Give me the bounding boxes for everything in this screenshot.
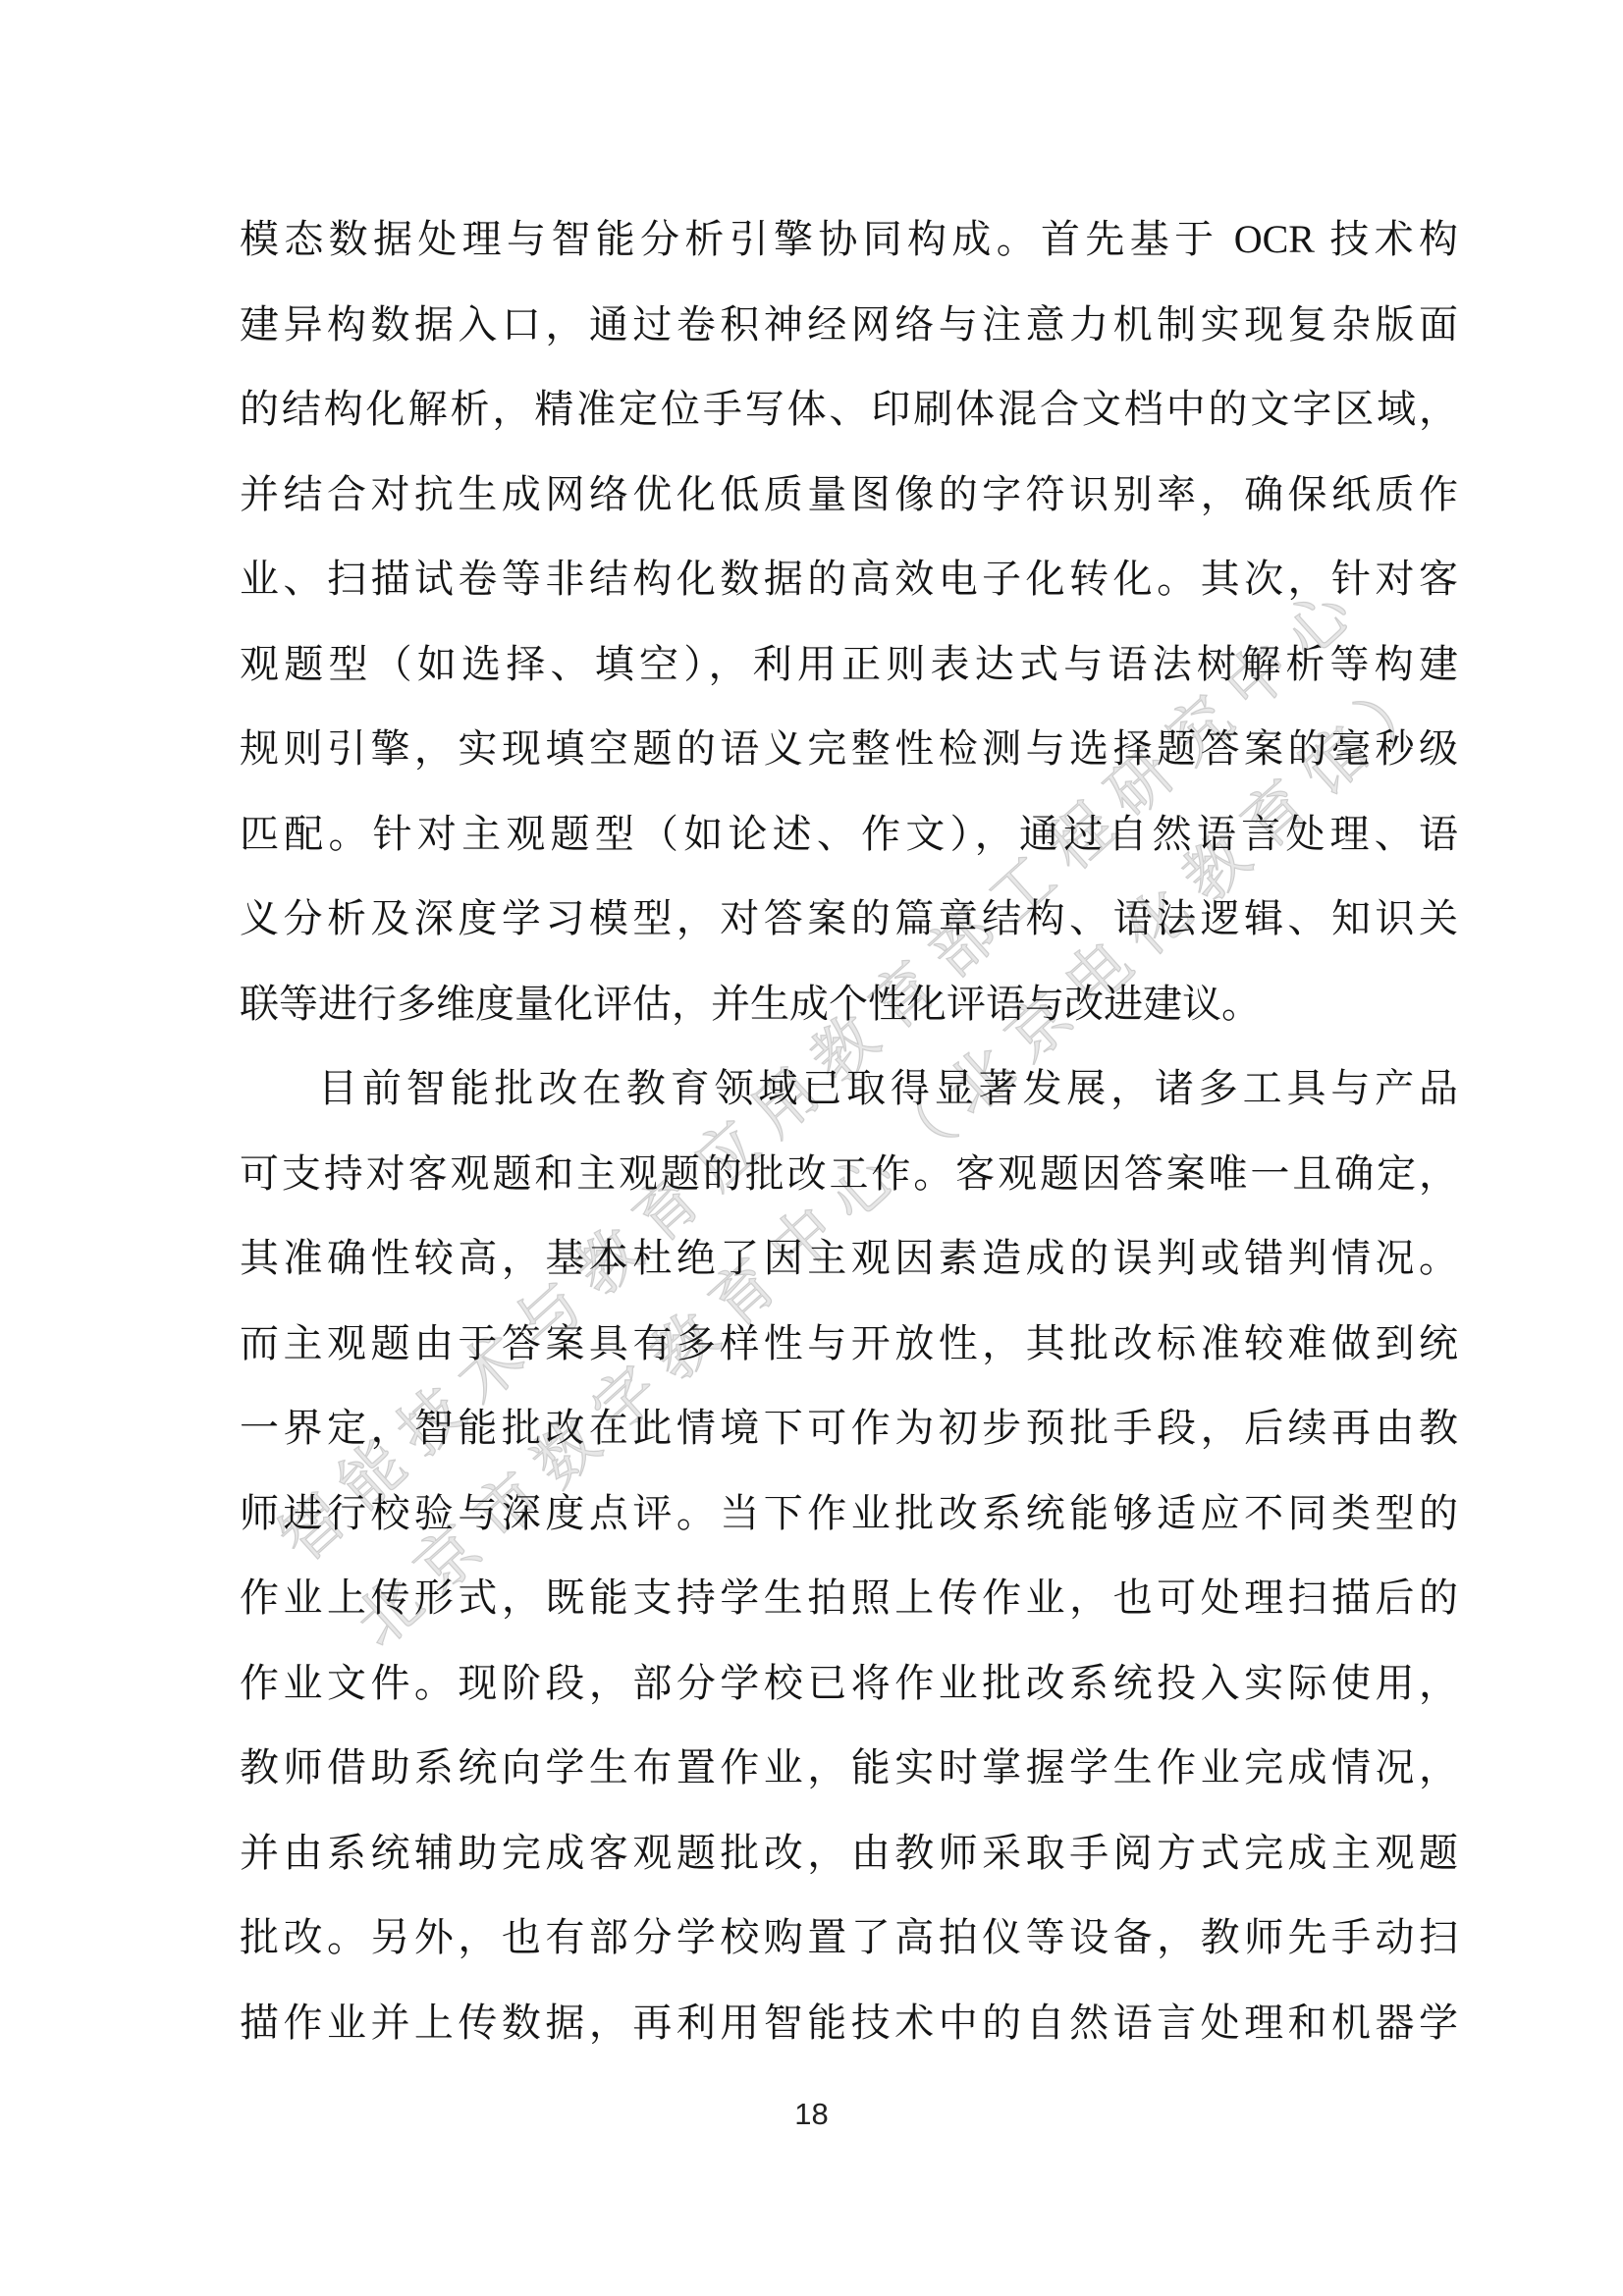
text-line: 目前智能批改在教育领域已取得显著发展，诸多工具与产品: [240, 1046, 1458, 1132]
text-line: 师进行校验与深度点评。当下作业批改系统能够适应不同类型的: [240, 1471, 1458, 1557]
text-line: 可支持对客观题和主观题的批改工作。客观题因答案唯一且确定，: [240, 1132, 1458, 1217]
text-line: 联等进行多维度量化评估，并生成个性化评语与改进建议。: [240, 962, 1458, 1047]
text-line: 模态数据处理与智能分析引擎协同构成。首先基于 OCR 技术构: [240, 197, 1458, 283]
text-line: 观题型（如选择、填空），利用正则表达式与语法树解析等构建: [240, 622, 1458, 708]
text-line: 而主观题由于答案具有多样性与开放性，其批改标准较难做到统: [240, 1302, 1458, 1387]
text-line: 建异构数据入口，通过卷积神经网络与注意力机制实现复杂版面: [240, 283, 1458, 368]
text-line: 一界定，智能批改在此情境下可作为初步预批手段，后续再由教: [240, 1386, 1458, 1471]
text-line: 义分析及深度学习模型，对答案的篇章结构、语法逻辑、知识关: [240, 877, 1458, 962]
text-line: 描作业并上传数据，再利用智能技术中的自然语言处理和机器学: [240, 1981, 1458, 2066]
page-number: 18: [0, 2097, 1623, 2132]
text-line: 作业上传形式，既能支持学生拍照上传作业，也可处理扫描后的: [240, 1556, 1458, 1641]
text-line: 的结构化解析，精准定位手写体、印刷体混合文档中的文字区域，: [240, 367, 1458, 453]
text-block: 模态数据处理与智能分析引擎协同构成。首先基于 OCR 技术构建异构数据入口，通过…: [240, 197, 1458, 2065]
text-line: 作业文件。现阶段，部分学校已将作业批改系统投入实际使用，: [240, 1641, 1458, 1727]
text-line: 其准确性较高，基本杜绝了因主观因素造成的误判或错判情况。: [240, 1216, 1458, 1302]
text-line: 并结合对抗生成网络优化低质量图像的字符识别率，确保纸质作: [240, 453, 1458, 538]
text-line: 规则引擎，实现填空题的语义完整性检测与选择题答案的毫秒级: [240, 707, 1458, 792]
text-line: 教师借助系统向学生布置作业，能实时掌握学生作业完成情况，: [240, 1726, 1458, 1811]
text-line: 批改。另外，也有部分学校购置了高拍仪等设备，教师先手动扫: [240, 1896, 1458, 1981]
document-page: 智能技术与教育应用教育部工程研究中心 北京市数字教育中心（北京电化教育馆） 模态…: [0, 0, 1623, 2296]
text-line: 并由系统辅助完成客观题批改，由教师采取手阅方式完成主观题: [240, 1811, 1458, 1896]
text-line: 业、扫描试卷等非结构化数据的高效电子化转化。其次，针对客: [240, 537, 1458, 622]
text-line: 匹配。针对主观题型（如论述、作文），通过自然语言处理、语: [240, 792, 1458, 878]
